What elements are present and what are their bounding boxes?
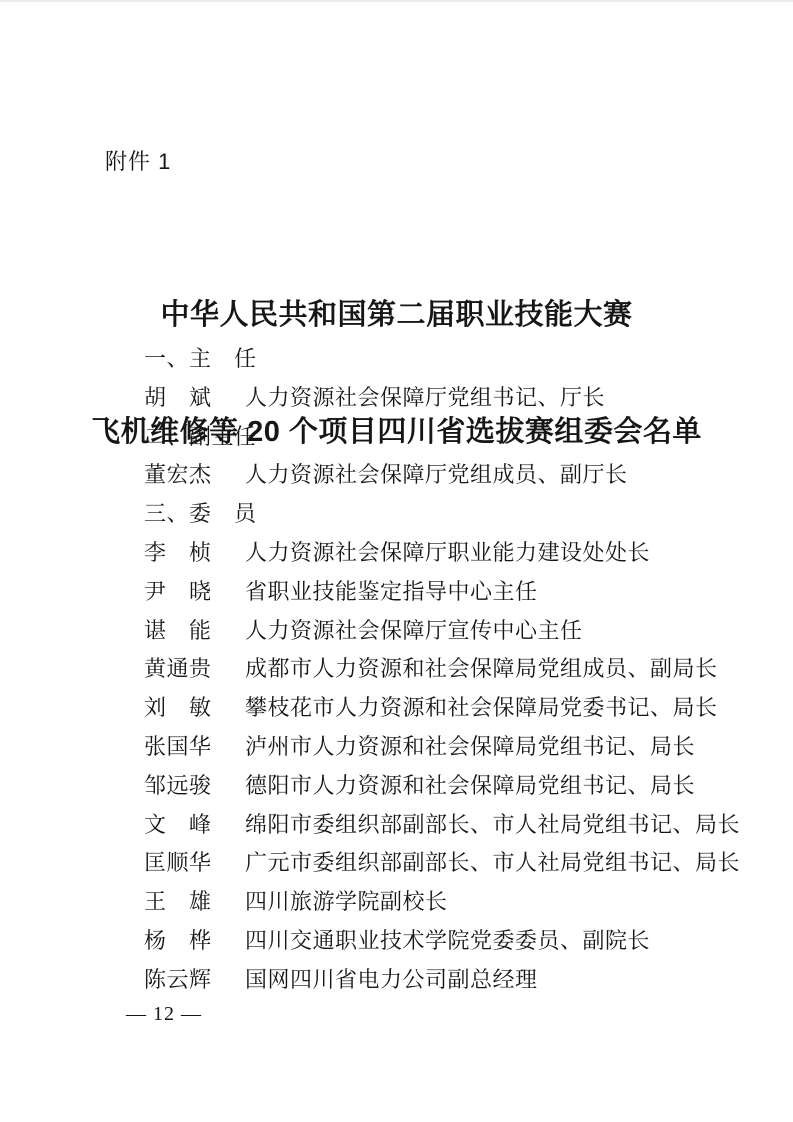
member-row: 文 峰绵阳市委组织部副部长、市人社局党组书记、局长 [144,806,757,845]
member-title: 人力资源社会保障厅职业能力建设处处长 [245,534,757,573]
member-name: 文 峰 [144,806,245,845]
member-name: 董宏杰 [144,456,245,495]
committee-list: 一、主 任胡 斌人力资源社会保障厅党组书记、厅长二、副主任董宏杰人力资源社会保障… [144,340,757,1000]
member-title: 省职业技能鉴定指导中心主任 [245,573,757,612]
member-title: 德阳市人力资源和社会保障局党组书记、局长 [245,767,757,806]
member-row: 李 桢人力资源社会保障厅职业能力建设处处长 [144,534,757,573]
member-title: 四川旅游学院副校长 [245,883,757,922]
member-title: 绵阳市委组织部副部长、市人社局党组书记、局长 [245,806,757,845]
member-name: 邹远骏 [144,767,245,806]
member-row: 王 雄四川旅游学院副校长 [144,883,757,922]
member-name: 杨 桦 [144,922,245,961]
member-row: 邹远骏德阳市人力资源和社会保障局党组书记、局长 [144,767,757,806]
attachment-label: 附件 1 [105,149,171,175]
member-name: 陈云辉 [144,961,245,1000]
member-row: 尹 晓省职业技能鉴定指导中心主任 [144,573,757,612]
member-name: 匡顺华 [144,844,245,883]
member-name: 尹 晓 [144,573,245,612]
member-row: 陈云辉国网四川省电力公司副总经理 [144,961,757,1000]
member-name: 李 桢 [144,534,245,573]
section-heading: 一、主 任 [144,340,757,379]
member-name: 黄通贵 [144,650,245,689]
member-name: 胡 斌 [144,379,245,418]
member-title: 国网四川省电力公司副总经理 [245,961,757,1000]
member-name: 谌 能 [144,612,245,651]
member-title: 泸州市人力资源和社会保障局党组书记、局长 [245,728,757,767]
member-row: 谌 能人力资源社会保障厅宣传中心主任 [144,612,757,651]
member-title: 人力资源社会保障厅党组书记、厅长 [245,379,757,418]
member-name: 王 雄 [144,883,245,922]
member-title: 成都市人力资源和社会保障局党组成员、副局长 [245,650,757,689]
member-title: 四川交通职业技术学院党委委员、副院长 [245,922,757,961]
member-title: 攀枝花市人力资源和社会保障局党委书记、局长 [245,689,757,728]
page-number: — 12 — [126,1002,202,1026]
scan-edge-line [0,0,793,2]
member-row: 匡顺华广元市委组织部副部长、市人社局党组书记、局长 [144,844,757,883]
member-row: 刘 敏攀枝花市人力资源和社会保障局党委书记、局长 [144,689,757,728]
section-heading: 二、副主任 [144,418,757,457]
document-page: 附件 1 中华人民共和国第二届职业技能大赛 飞机维修等 20 个项目四川省选拔赛… [0,0,793,1122]
member-title: 人力资源社会保障厅党组成员、副厅长 [245,456,757,495]
section-heading: 三、委 员 [144,495,757,534]
member-row: 张国华泸州市人力资源和社会保障局党组书记、局长 [144,728,757,767]
member-name: 张国华 [144,728,245,767]
member-row: 胡 斌人力资源社会保障厅党组书记、厅长 [144,379,757,418]
member-title: 广元市委组织部副部长、市人社局党组书记、局长 [245,844,757,883]
member-row: 董宏杰人力资源社会保障厅党组成员、副厅长 [144,456,757,495]
member-title: 人力资源社会保障厅宣传中心主任 [245,612,757,651]
title-line-1: 中华人民共和国第二届职业技能大赛 [0,296,793,335]
member-row: 杨 桦四川交通职业技术学院党委委员、副院长 [144,922,757,961]
member-name: 刘 敏 [144,689,245,728]
member-row: 黄通贵成都市人力资源和社会保障局党组成员、副局长 [144,650,757,689]
